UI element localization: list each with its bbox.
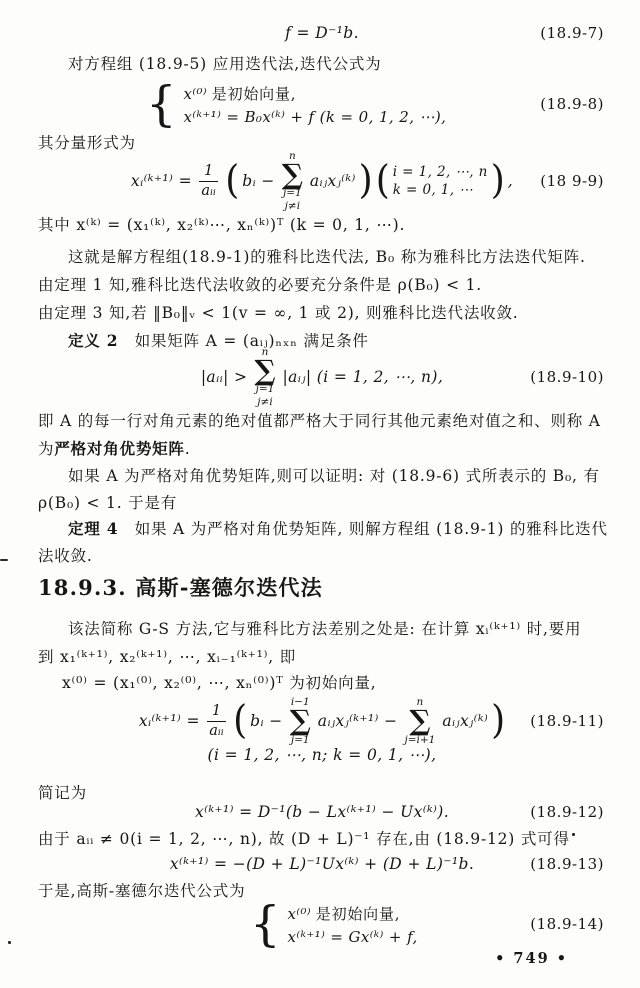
equation-line: x⁽ᵏ⁺¹⁾ = Gx⁽ᵏ⁾ + f, [288, 928, 418, 946]
equation-18-9-11-conditions: (i = 1, 2, ⋯, n; k = 0, 1, ⋯), [38, 744, 606, 766]
close-paren: ) [491, 165, 505, 196]
sigma-symbol: ∑ [282, 162, 303, 187]
close-paren: ) [491, 705, 505, 736]
close-paren: ) [359, 165, 373, 196]
fraction: 1 aᵢᵢ [199, 163, 218, 199]
paragraph-rho: ρ(B₀) < 1. 于是有 [38, 492, 606, 514]
equation-lhs: xᵢ⁽ᵏ⁺¹⁾ = [139, 712, 200, 730]
summation: n ∑ j=i+1 [404, 696, 435, 746]
equation-18-9-12: x⁽ᵏ⁺¹⁾ = D⁻¹(b − Lx⁽ᵏ⁺¹⁾ − Ux⁽ᵏ⁾). (18.9… [38, 800, 606, 824]
equation-number: (18 9-9) [540, 172, 604, 190]
summation: i−1 ∑ j=1 [290, 696, 311, 746]
equation-number: (18.9-10) [530, 368, 604, 386]
equation-lhs: xᵢ⁽ᵏ⁺¹⁾ = [131, 172, 192, 190]
scan-artifact [572, 833, 575, 836]
summation: n ∑ j=1 j≠i [254, 346, 275, 409]
equation-number: (18.9-7) [540, 24, 604, 42]
paragraph-theorem-1: 由定理 1 知,雅科比迭代法收敛的必要充分条件是 ρ(B₀) < 1. [38, 274, 606, 296]
paragraph-where: 其中 x⁽ᵏ⁾ = (x₁⁽ᵏ⁾, x₂⁽ᵏ⁾⋯, xₙ⁽ᵏ⁾)ᵀ (k = 0… [38, 214, 606, 236]
equation-number: (18.9-8) [540, 95, 604, 113]
equation-18-9-7: f = D⁻¹b. (18.9-7) [38, 20, 606, 46]
paragraph-diagonal-dominance-1: 即 A 的每一行对角元素的绝对值都严格大于同行其他元素绝对值之和、则称 A [38, 410, 606, 432]
open-paren: ( [225, 165, 239, 196]
equation-number: (18.9-11) [530, 712, 604, 730]
book-page: f = D⁻¹b. (18.9-7) 对方程组 (18.9-5) 应用迭代法,迭… [0, 0, 640, 988]
equation-18-9-9: xᵢ⁽ᵏ⁺¹⁾ = 1 aᵢᵢ ( bᵢ − n ∑ j=1 j≠i aᵢⱼxⱼ… [38, 150, 606, 212]
equation-number: (18.9-12) [530, 803, 604, 821]
paragraph-converges: 法收敛. [38, 545, 606, 567]
sigma-symbol: ∑ [409, 708, 430, 733]
fraction: 1 aᵢᵢ [207, 703, 226, 739]
open-paren: ( [233, 705, 247, 736]
paragraph-since: 由于 aᵢᵢ ≠ 0(i = 1, 2, ⋯, n), 故 (D + L)⁻¹ … [38, 828, 606, 850]
paragraph-gs-2: 到 x₁⁽ᵏ⁺¹⁾, x₂⁽ᵏ⁺¹⁾, ⋯, xᵢ₋₁⁽ᵏ⁺¹⁾, 即 [38, 646, 606, 668]
equation-lhs: |aᵢᵢ| > [201, 368, 248, 386]
sigma-symbol: ∑ [254, 358, 275, 383]
equation-number: (18.9-14) [530, 915, 604, 933]
paragraph-if-dominant: 如果 A 为严格对角优势矩阵,则可以证明: 对 (18.9-6) 式所表示的 B… [38, 465, 606, 487]
left-brace: { [250, 904, 281, 945]
left-brace: { [146, 84, 177, 125]
equation-number: (18.9-13) [530, 855, 604, 873]
equation-line: x⁽ᵏ⁺¹⁾ = B₀x⁽ᵏ⁾ + f (k = 0, 1, 2, ⋯), [184, 108, 447, 126]
equation-18-9-8: { x⁽⁰⁾ 是初始向量, x⁽ᵏ⁺¹⁾ = B₀x⁽ᵏ⁾ + f (k = 0… [38, 78, 606, 130]
paragraph-apply-iteration: 对方程组 (18.9-5) 应用迭代法,迭代公式为 [38, 53, 606, 75]
scan-artifact [8, 941, 11, 944]
equation-18-9-10: |aᵢᵢ| > n ∑ j=1 j≠i |aᵢⱼ| (i = 1, 2, ⋯, … [38, 348, 606, 406]
open-paren: ( [376, 165, 390, 196]
equation-body: x⁽ᵏ⁺¹⁾ = −(D + L)⁻¹Ux⁽ᵏ⁾ + (D + L)⁻¹b. [170, 855, 474, 873]
equation-body: x⁽ᵏ⁺¹⁾ = D⁻¹(b − Lx⁽ᵏ⁺¹⁾ − Ux⁽ᵏ⁾). [195, 803, 449, 821]
summation: n ∑ j=1 j≠i [282, 150, 303, 213]
scan-artifact [0, 559, 8, 561]
condition-stack: i = 1, 2, ⋯, n k = 0, 1, ⋯ [393, 163, 488, 199]
paragraph-diagonal-dominance-2: 为严格对角优势矩阵. [38, 438, 606, 460]
equation-body: f = D⁻¹b. [285, 24, 359, 42]
section-heading: 18.9.3. 高斯-塞德尔迭代法 [38, 572, 323, 602]
paragraph-gs-1: 该法简称 G-S 方法,它与雅科比方法差别之处是: 在计算 xᵢ⁽ᵏ⁺¹⁾ 时,… [38, 618, 606, 640]
paragraph-theorem-4: 定理 4 如果 A 为严格对角优势矩阵, 则解方程组 (18.9-1) 的雅科比… [38, 518, 606, 540]
equation-18-9-13: x⁽ᵏ⁺¹⁾ = −(D + L)⁻¹Ux⁽ᵏ⁾ + (D + L)⁻¹b. (… [38, 852, 606, 876]
equation-18-9-14: { x⁽⁰⁾ 是初始向量, x⁽ᵏ⁺¹⁾ = Gx⁽ᵏ⁾ + f, (18.9-… [38, 898, 606, 950]
sigma-symbol: ∑ [290, 708, 311, 733]
equation-line: x⁽⁰⁾ 是初始向量, [288, 903, 418, 924]
page-number: • 749 • [495, 950, 568, 967]
equation-18-9-11: xᵢ⁽ᵏ⁺¹⁾ = 1 aᵢᵢ ( bᵢ − i−1 ∑ j=1 aᵢⱼxⱼ⁽ᵏ… [38, 696, 606, 746]
equation-line: x⁽⁰⁾ 是初始向量, [184, 83, 447, 104]
paragraph-jacobi-method: 这就是解方程组(18.9-1)的雅科比迭代法, B₀ 称为雅科比方法迭代矩阵. [38, 246, 606, 268]
paragraph-gs-3: x⁽⁰⁾ = (x₁⁽⁰⁾, x₂⁽⁰⁾, ⋯, xₙ⁽⁰⁾)ᵀ 为初始向量, [38, 672, 606, 694]
paragraph-theorem-3: 由定理 3 知,若 ‖B₀‖ᵥ < 1(v = ∞, 1 或 2), 则雅科比迭… [38, 302, 606, 324]
